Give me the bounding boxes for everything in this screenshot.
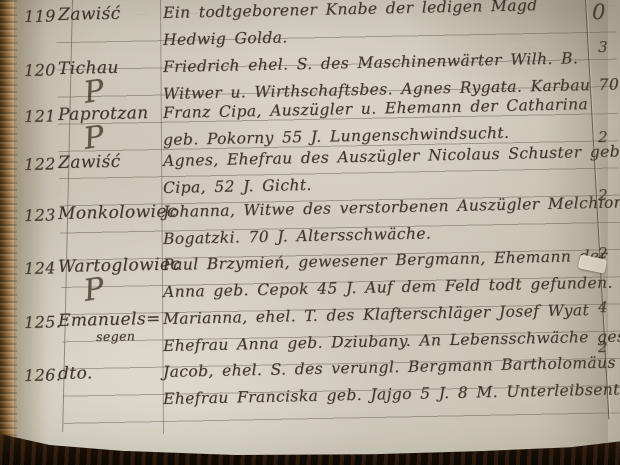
flourish-mark: P bbox=[81, 271, 107, 309]
entry-place: Paprotzan bbox=[58, 103, 149, 125]
page-edge-shadow bbox=[14, 0, 48, 465]
entry-text-line: Bogatzki. 70 J. Altersschwäche. bbox=[163, 224, 432, 248]
entry-place: Emanuels= bbox=[58, 309, 161, 331]
register-entry: 126. dto. Jacob, ehel. S. des verungl. B… bbox=[0, 363, 620, 419]
register-page: 119 Zawiść Ein todtgeborener Knabe der l… bbox=[0, 0, 620, 465]
entry-place: dto. bbox=[58, 363, 93, 384]
entry-place: Zawiść bbox=[58, 152, 121, 173]
entry-text-line: Ein todtgeborener Knabe der ledigen Magd bbox=[163, 0, 538, 22]
entry-place: Monkolowiec bbox=[58, 202, 177, 224]
entry-text-line: Hedwig Golda. bbox=[163, 28, 288, 49]
entry-place-line2: segen bbox=[96, 328, 136, 344]
page-curve-shadow bbox=[538, 0, 608, 465]
wood-grain bbox=[0, 428, 620, 465]
entry-place: Zawiść bbox=[58, 4, 121, 25]
entry-text-line: Cipa, 52 J. Gicht. bbox=[163, 176, 312, 197]
